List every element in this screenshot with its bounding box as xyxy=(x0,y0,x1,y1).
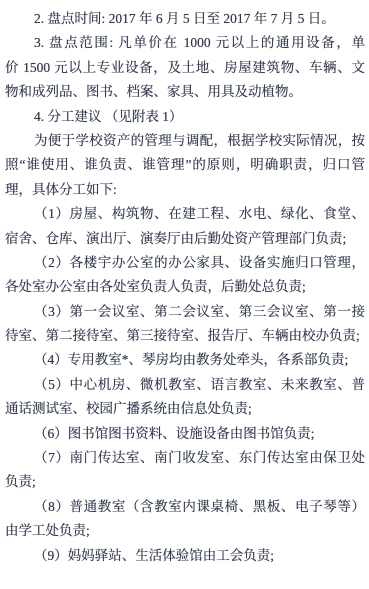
text-line: 宿舍、仓库、演出厅、演奏厅由后勤处资产管理部门负责; xyxy=(5,227,365,251)
text-line: 价 1500 元以上专业设备，及土地、房屋建筑物、车辆、文 xyxy=(5,56,365,80)
text-line: 照“谁使用、谁负责、谁管理”的原则，明确职责，归口管 xyxy=(5,153,365,177)
text-line: 2. 盘点时间: 2017 年 6 月 5 日至 2017 年 7 月 5 日。 xyxy=(5,7,365,31)
text-line: 物和成列品、图书、档案、家具、用具及动植物。 xyxy=(5,80,365,104)
text-line: （6）图书馆图书资料、设施设备由图书馆负责; xyxy=(5,422,365,446)
text-line: 为便于学校资产的管理与调配，根据学校实际情况，按 xyxy=(5,129,365,153)
text-line: 通话测试室、校园广播系统由信息处负责; xyxy=(5,397,365,421)
text-line: （3）第一会议室、第二会议室、第三会议室、第一接 xyxy=(5,300,365,324)
document-page: 2. 盘点时间: 2017 年 6 月 5 日至 2017 年 7 月 5 日。… xyxy=(0,0,369,589)
text-line: （5）中心机房、微机教室、语言教室、未来教室、普 xyxy=(5,373,365,397)
text-line: （2）各楼宇办公室的办公家具、设备实施归口管理， xyxy=(5,251,365,275)
text-line: 待室、第二接待室、第三接待室、报告厅、车辆由校办负责; xyxy=(5,324,365,348)
text-line: 4. 分工建议 （见附表 1） xyxy=(5,105,365,129)
text-line: 负责; xyxy=(5,470,365,494)
text-line: 由学工处负责; xyxy=(5,519,365,543)
text-line: （7）南门传达室、南门收发室、东门传达室由保卫处 xyxy=(5,446,365,470)
text-line: 3. 盘点范围: 凡单价在 1000 元以上的通用设备，单 xyxy=(5,31,365,55)
text-line: 理，具体分工如下: xyxy=(5,178,365,202)
text-line: （8）普通教室（含教室内课桌椅、黑板、电子琴等） xyxy=(5,495,365,519)
text-line: 各处室办公室由各处室负责人负责，后勤处总负责; xyxy=(5,275,365,299)
text-line: （1）房屋、构筑物、在建工程、水电、绿化、食堂、 xyxy=(5,202,365,226)
text-line: （9）妈妈驿站、生活体验馆由工会负责; xyxy=(5,544,365,568)
text-line: （4）专用教室*、琴房均由教务处牵头，各系部负责; xyxy=(5,348,365,372)
